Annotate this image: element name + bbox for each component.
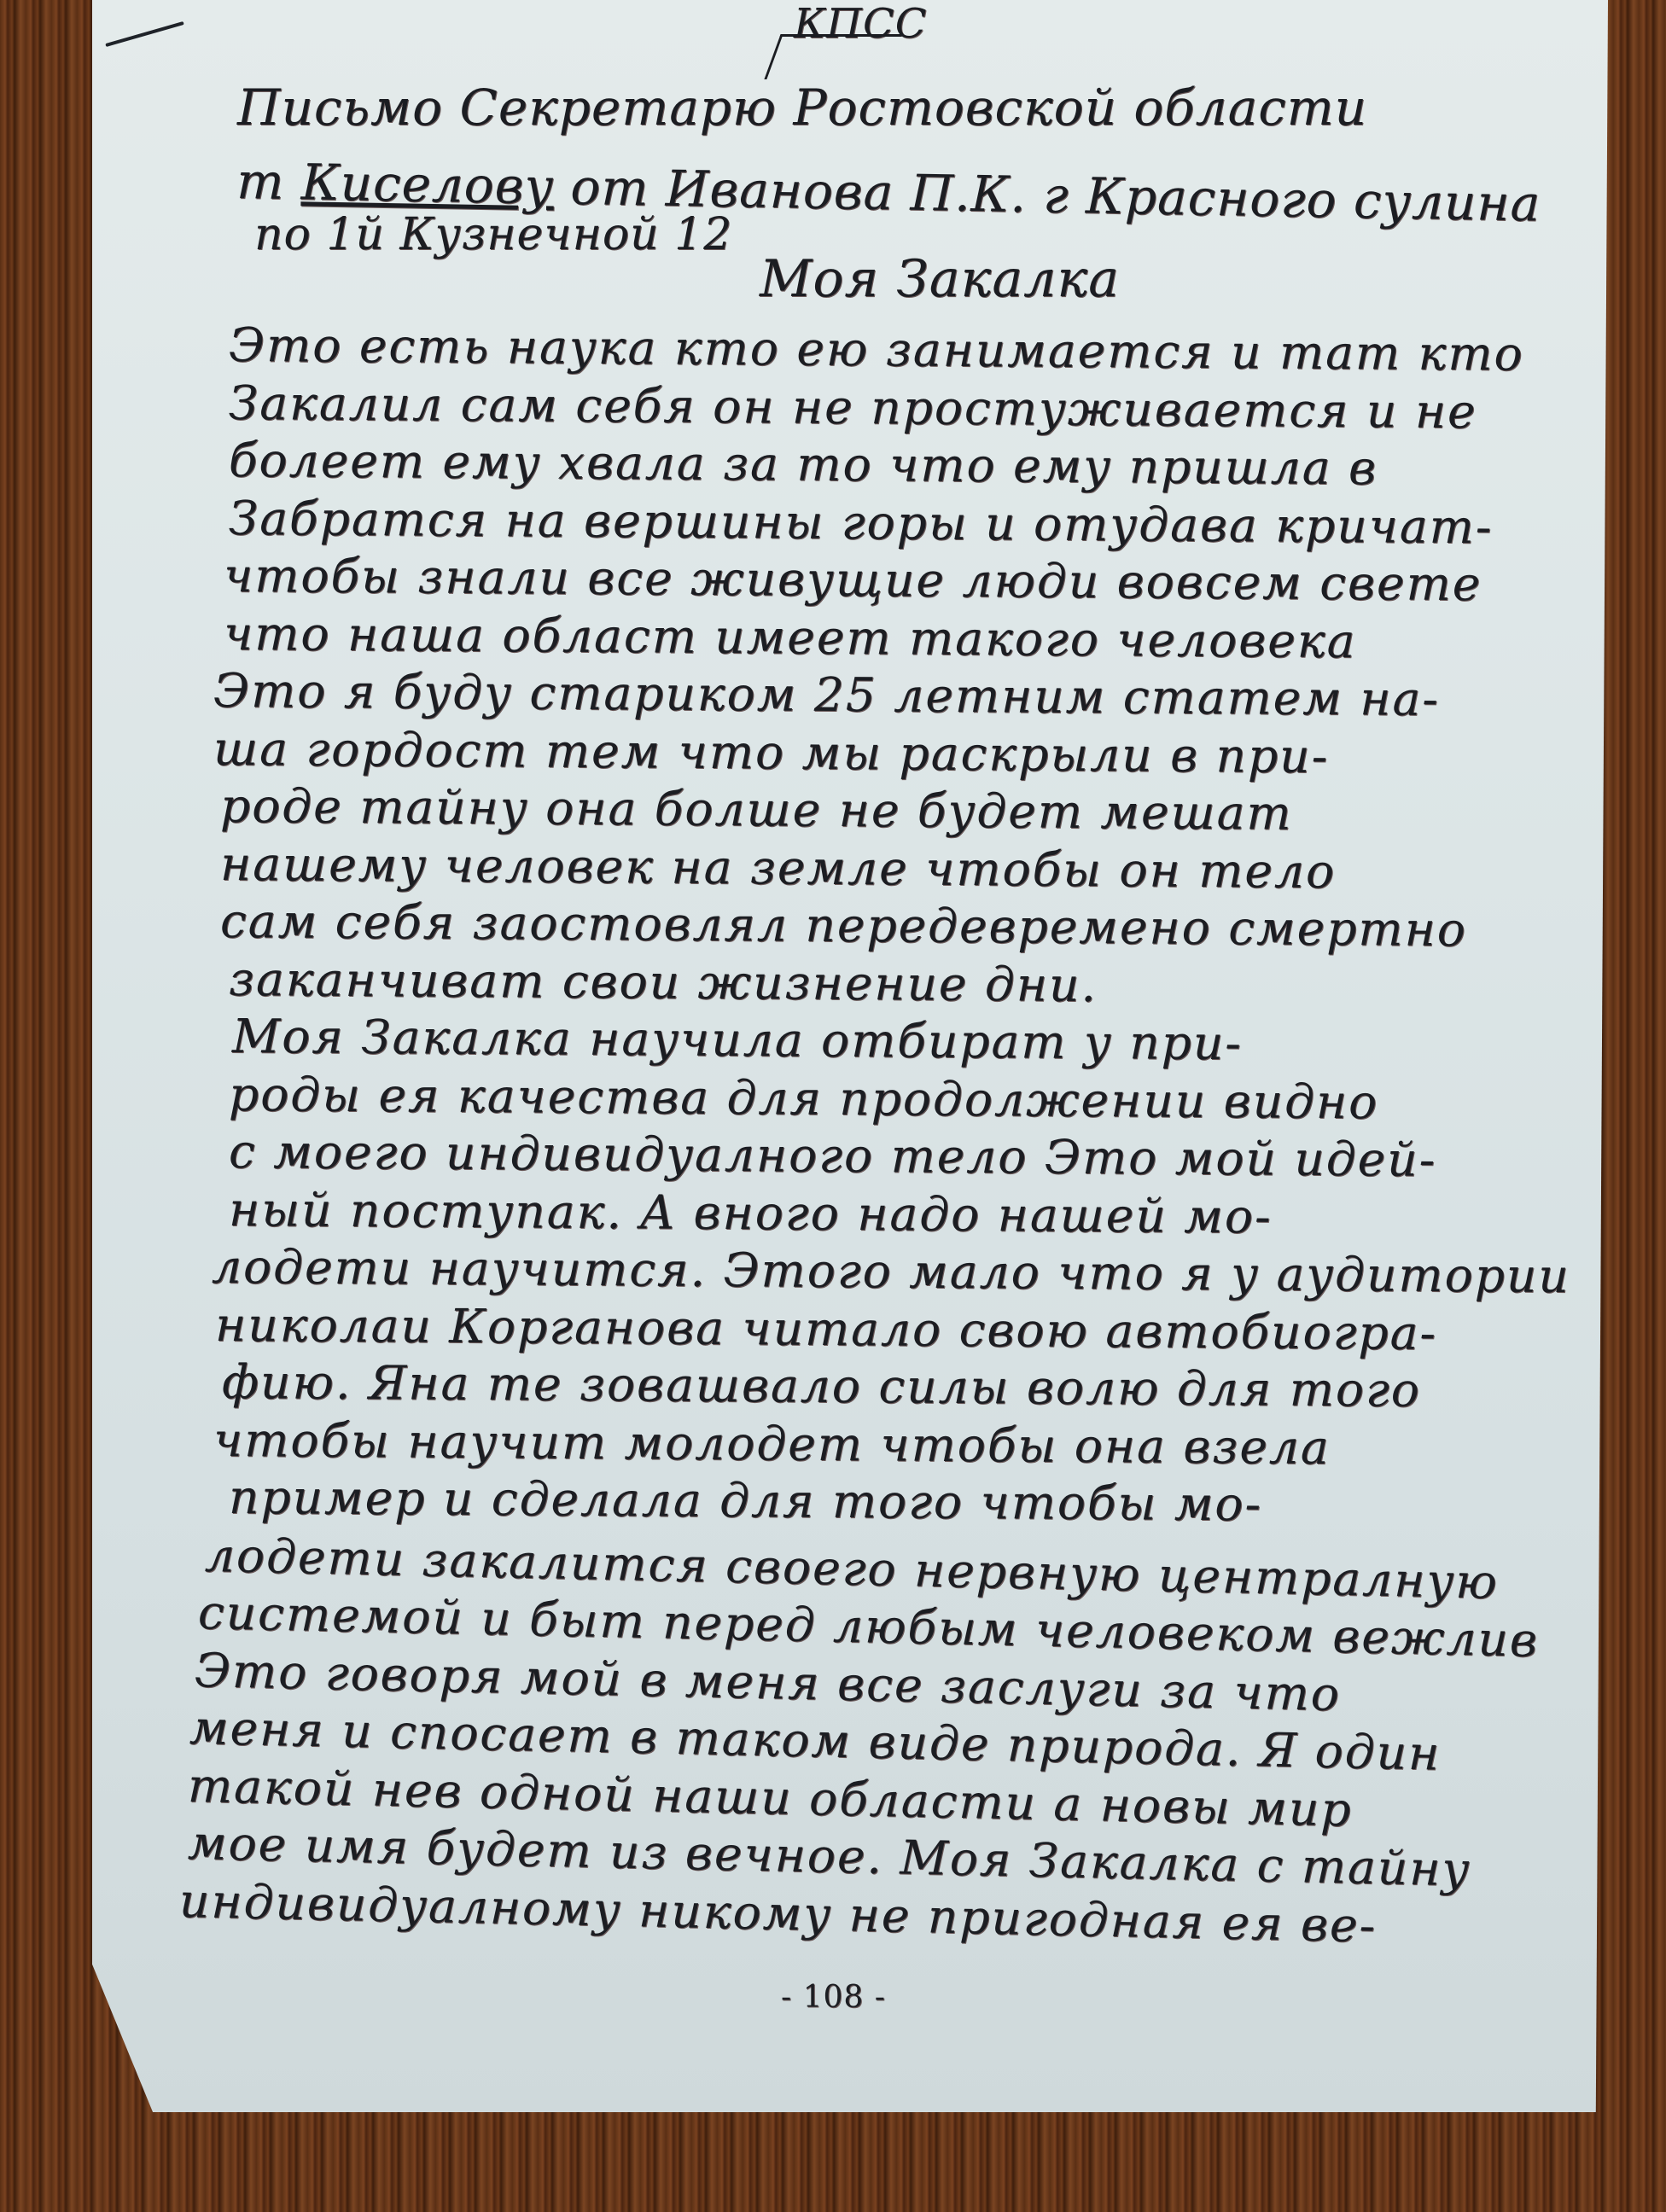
page-number: - 108 - <box>781 1980 886 2015</box>
body-line: пример и сделала для того чтобы мо- <box>229 1470 1509 1533</box>
addressee-name: Киселову <box>300 153 554 215</box>
body-line: Забратся на вершины горы и отудава крича… <box>229 491 1509 554</box>
body-line: с моего индивидуалного тело Это мой идей… <box>229 1124 1509 1187</box>
body-line: заканчиват свои жизнение дни. <box>229 952 1509 1015</box>
body-line: роды ея качества для продолжении видно <box>229 1067 1509 1130</box>
body-line: болеет ему хвала за то что ему пришла в <box>229 433 1509 496</box>
address-line-3: по 1й Кузнечной 12 <box>254 209 732 260</box>
document-title: Моя Закалка <box>760 249 1120 309</box>
body-line: чтобы научит молодет чтобы она взела <box>213 1412 1494 1476</box>
body-line: нашему человек на земле чтобы он тело <box>220 836 1500 899</box>
body-line: сам себя заостовлял передевремено смертн… <box>220 894 1500 957</box>
body-line: лодети научится. Этого мало что я у ауди… <box>212 1239 1492 1302</box>
body-line: чтобы знали все живущие люди вовсем свет… <box>224 548 1504 611</box>
body-line: Моя Закалка научила отбират у при- <box>232 1009 1512 1072</box>
body-line: Это я буду стариком 25 летним статем на- <box>213 663 1494 726</box>
body-line: ша гордост тем что мы раскрыли в при- <box>213 721 1494 784</box>
body-line: Закалил сам себя он не простуживается и … <box>229 375 1509 439</box>
body-line: фию. Яна те зовашвало силы волю для того <box>222 1354 1502 1417</box>
body-line: что наша област имеет такого человека <box>224 606 1504 669</box>
address-line-1: Письмо Секретарю Ростовской области <box>237 79 1367 137</box>
body-line: Это есть наука кто ею занимается и тат к… <box>229 317 1509 381</box>
body-line: николаи Корганова читало свою автобиогра… <box>215 1297 1495 1360</box>
insertion-mark <box>764 34 902 79</box>
body-line: ный поступак. А вного надо нашей мо- <box>229 1182 1509 1245</box>
body-line: роде тайну она болше не будет мешат <box>220 778 1500 841</box>
